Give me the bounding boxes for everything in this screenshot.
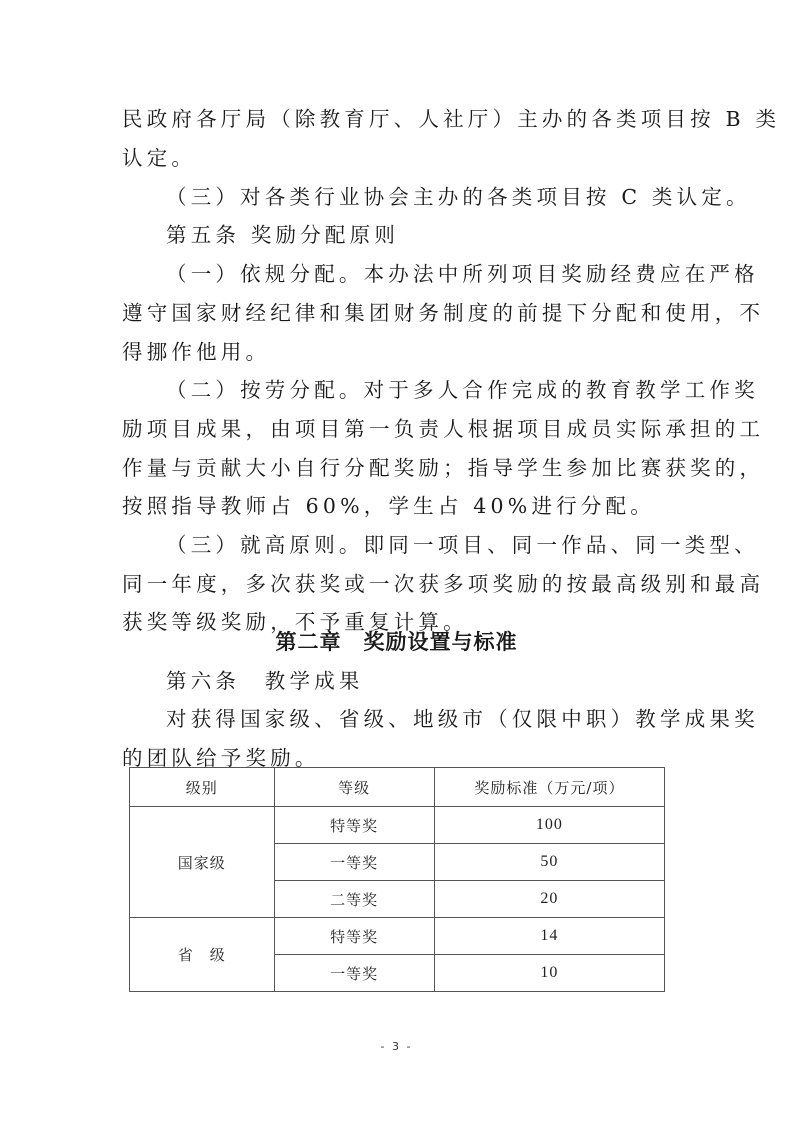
paragraph-line: 民政府各厅局（除教育厅、人社厅）主办的各类项目按 B 类 — [122, 100, 670, 139]
paragraph-item-3: （三）对各类行业协会主办的各类项目按 C 类认定。 — [166, 178, 714, 217]
grade-cell: 一等奖 — [274, 844, 434, 881]
page-number: - 3 - — [0, 1040, 793, 1053]
grade-cell: 二等奖 — [274, 881, 434, 918]
paragraph-line: 作量与贡献大小自行分配奖励；指导学生参加比赛获奖的， — [122, 449, 670, 488]
article-6-title: 第六条 教学成果 — [166, 662, 714, 701]
document-page: 民政府各厅局（除教育厅、人社厅）主办的各类项目按 B 类 认定。 （三）对各类行… — [0, 0, 793, 1122]
paragraph-line: 按照指导教师占 60%，学生占 40%进行分配。 — [122, 487, 670, 526]
chapter-heading: 第二章 奖励设置与标准 — [0, 623, 793, 662]
header-grade: 等级 — [274, 768, 434, 807]
header-amount: 奖励标准（万元/项） — [434, 768, 664, 807]
grade-cell: 一等奖 — [274, 955, 434, 992]
grade-cell: 特等奖 — [274, 807, 434, 844]
paragraph-line: 认定。 — [122, 139, 670, 178]
header-level: 级别 — [130, 768, 275, 807]
amount-cell: 14 — [434, 918, 664, 955]
article-5-title: 第五条 奖励分配原则 — [166, 216, 714, 255]
paragraph-line: （一）依规分配。本办法中所列项目奖励经费应在严格 — [166, 255, 714, 294]
level-cell: 国家级 — [130, 807, 275, 918]
paragraph-line: 同一年度，多次获奖或一次获多项奖励的按最高级别和最高 — [122, 565, 670, 604]
amount-cell: 10 — [434, 955, 664, 992]
amount-cell: 20 — [434, 881, 664, 918]
amount-cell: 50 — [434, 844, 664, 881]
paragraph-line: 励项目成果，由项目第一负责人根据项目成员实际承担的工 — [122, 410, 670, 449]
level-cell: 省 级 — [130, 918, 275, 992]
paragraph-line: 对获得国家级、省级、地级市（仅限中职）教学成果奖 — [166, 700, 714, 739]
grade-cell: 特等奖 — [274, 918, 434, 955]
table-header-row: 级别 等级 奖励标准（万元/项） — [130, 768, 665, 807]
amount-cell: 100 — [434, 807, 664, 844]
paragraph-line: （三）就高原则。即同一项目、同一作品、同一类型、 — [166, 526, 714, 565]
table-row: 国家级 特等奖 100 — [130, 807, 665, 844]
paragraph-line: 遵守国家财经纪律和集团财务制度的前提下分配和使用，不 — [122, 294, 670, 333]
award-standards-table: 级别 等级 奖励标准（万元/项） 国家级 特等奖 100 一等奖 50 二等奖 … — [129, 767, 665, 992]
paragraph-line: 得挪作他用。 — [122, 333, 670, 372]
paragraph-line: （二）按劳分配。对于多人合作完成的教育教学工作奖 — [166, 371, 714, 410]
table-row: 省 级 特等奖 14 — [130, 918, 665, 955]
